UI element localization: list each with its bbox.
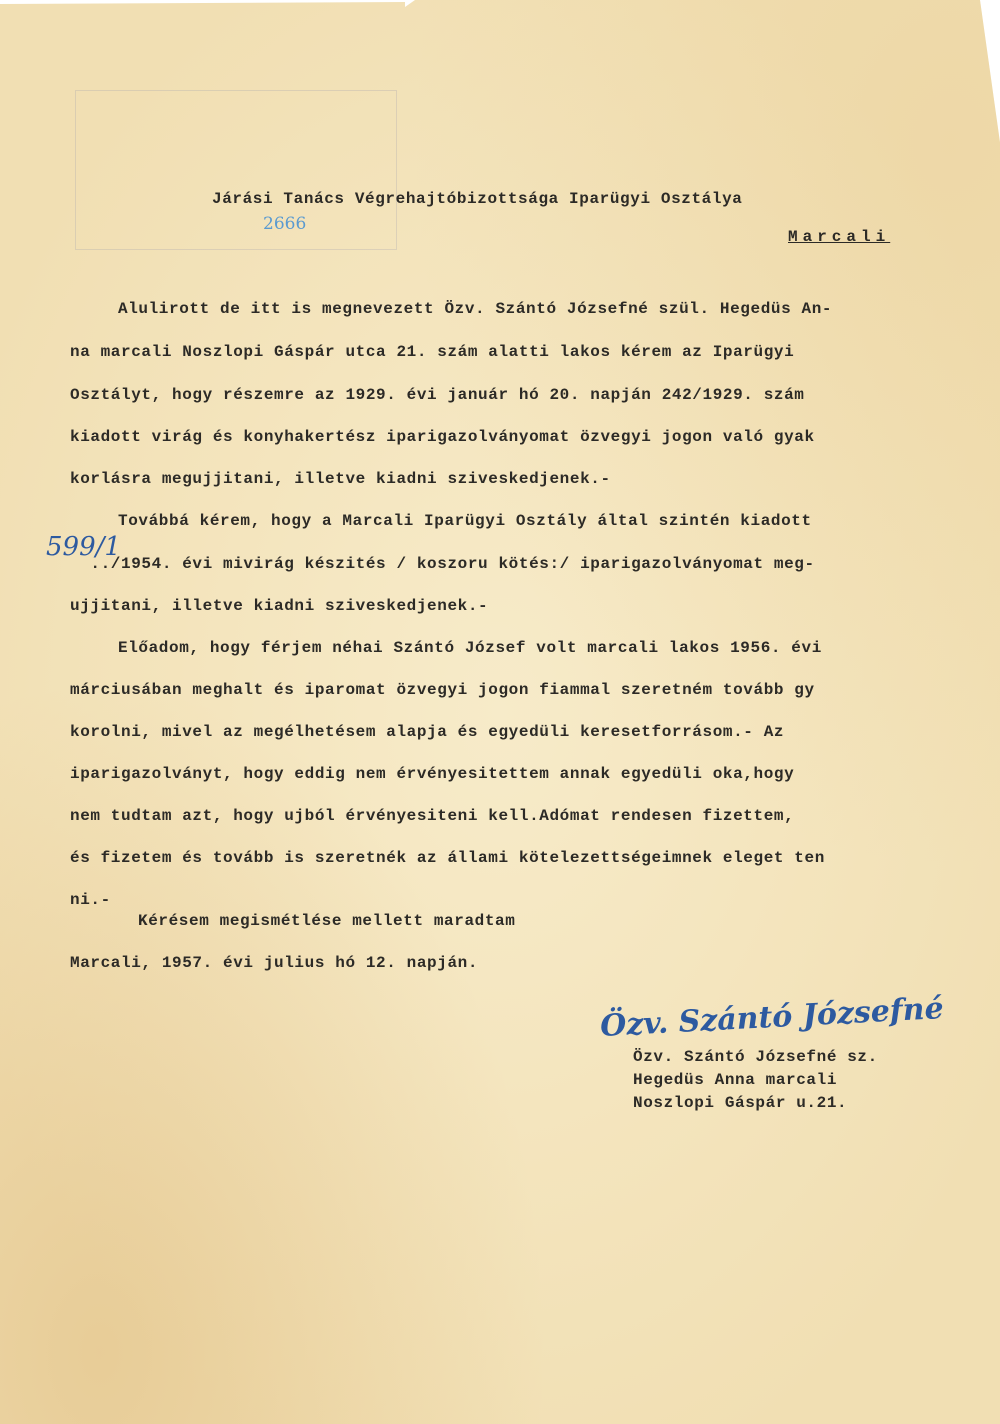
p3-line-3: korolni, mivel az megélhetésem alapja és… xyxy=(70,723,784,741)
p1-line-5: korlásra megujjitani, illetve kiadni szi… xyxy=(70,470,611,488)
p3-line-7: ni.- xyxy=(70,891,111,909)
p1-line-4: kiadott virág és konyhakertész iparigazo… xyxy=(70,428,815,446)
p2-line-1: Továbbá kérem, hogy a Marcali Iparügyi O… xyxy=(118,512,812,530)
signature-typed-line-1: Özv. Szántó Józsefné sz. xyxy=(633,1048,878,1066)
signature-typed-line-2: Hegedüs Anna marcali xyxy=(633,1071,837,1089)
p3-line-1: Előadom, hogy férjem néhai Szántó József… xyxy=(118,639,822,657)
city-heading: Marcali xyxy=(788,228,890,246)
p2-line-3: ujjitani, illetve kiadni sziveskedjenek.… xyxy=(70,597,488,615)
signature-typed-line-3: Noszlopi Gáspár u.21. xyxy=(633,1094,847,1112)
registry-number-handwritten: 2666 xyxy=(263,214,306,234)
p3-line-6: és fizetem és tovább is szeretnék az áll… xyxy=(70,849,825,867)
p3-line-5: nem tudtam azt, hogy ujból érvényesiteni… xyxy=(70,807,794,825)
p1-line-1: Alulirott de itt is megnevezett Özv. Szá… xyxy=(118,300,832,318)
p3-line-2: márciusában meghalt és iparomat özvegyi … xyxy=(70,681,815,699)
faded-stamp-outline xyxy=(75,90,397,250)
closing-line: Kérésem megismétlése mellett maradtam xyxy=(138,912,515,930)
p1-line-3: Osztályt, hogy részemre az 1929. évi jan… xyxy=(70,386,805,404)
p2-line-2: ../1954. évi mivirág készités / koszoru … xyxy=(70,555,815,573)
date-line: Marcali, 1957. évi julius hó 12. napján. xyxy=(70,954,478,972)
addressee-line: Járási Tanács Végrehajtóbizottsága Iparü… xyxy=(212,190,742,208)
p3-line-4: iparigazolványt, hogy eddig nem érvényes… xyxy=(70,765,794,783)
p1-line-2: na marcali Noszlopi Gáspár utca 21. szám… xyxy=(70,343,794,361)
